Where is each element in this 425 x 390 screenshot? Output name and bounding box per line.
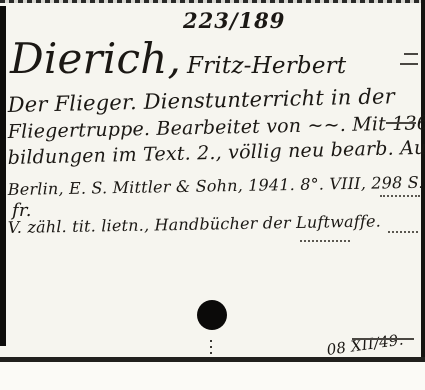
author-surname: Dierich, bbox=[10, 38, 181, 80]
ruled-line-fragment bbox=[386, 122, 416, 124]
ruled-line-fragment bbox=[380, 195, 420, 197]
author-heading: Dierich, Fritz-Herbert bbox=[10, 38, 346, 80]
scan-edge-bottom bbox=[0, 357, 425, 362]
registration-number: 223/189 bbox=[183, 8, 285, 33]
dotted-marks bbox=[210, 340, 212, 358]
punch-hole bbox=[197, 300, 227, 330]
ruled-line-fragment bbox=[404, 53, 418, 55]
ruled-line-fragment bbox=[300, 240, 350, 242]
catalog-card-scan: 223/189 Dierich, Fritz-Herbert Der Flieg… bbox=[0, 0, 425, 390]
ruled-line-fragment bbox=[352, 338, 414, 340]
scan-edge-left bbox=[0, 6, 6, 346]
scanner-background bbox=[0, 362, 425, 390]
author-forenames: Fritz-Herbert bbox=[187, 53, 346, 79]
ruled-line-fragment bbox=[388, 231, 418, 233]
ruled-line-fragment bbox=[400, 63, 418, 65]
scan-edge-top bbox=[0, 0, 425, 3]
